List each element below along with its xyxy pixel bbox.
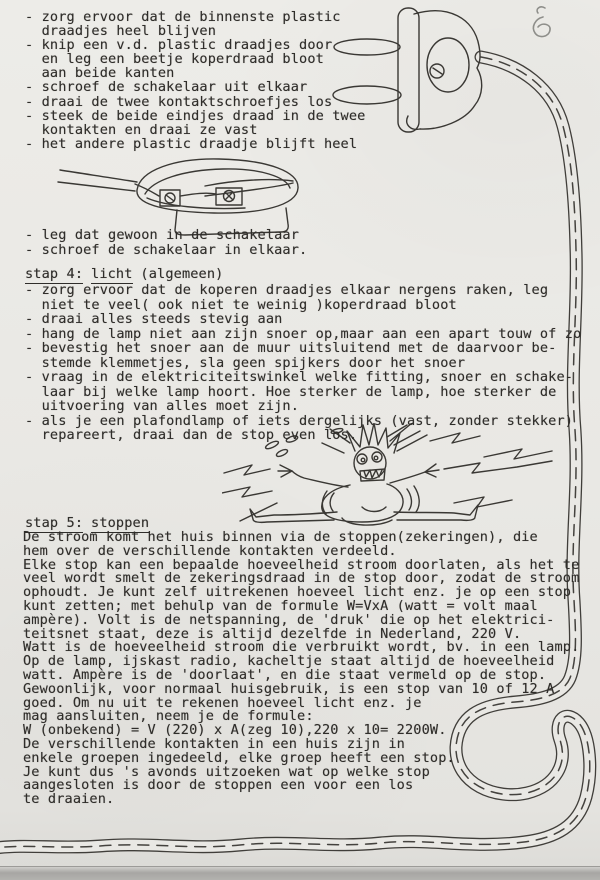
step4-suffix: (algemeen) <box>140 266 223 282</box>
scanned-page: - zorg ervoor dat de binnenste plastic d… <box>0 0 600 880</box>
scan-bottom-edge <box>0 866 600 880</box>
step5-body-text: De stroom komt het huis binnen via de st… <box>23 531 579 807</box>
intro-instructions-list: - zorg ervoor dat de binnenste plastic d… <box>25 10 365 151</box>
switch-assembly-list: - leg dat gewoon in de schakelaar - schr… <box>25 228 307 258</box>
step4-instructions-list: - zorg ervoor dat de koperen draadjes el… <box>25 283 581 443</box>
step4-heading: stap 4:licht(algemeen) <box>25 266 223 282</box>
page-number <box>527 4 557 42</box>
